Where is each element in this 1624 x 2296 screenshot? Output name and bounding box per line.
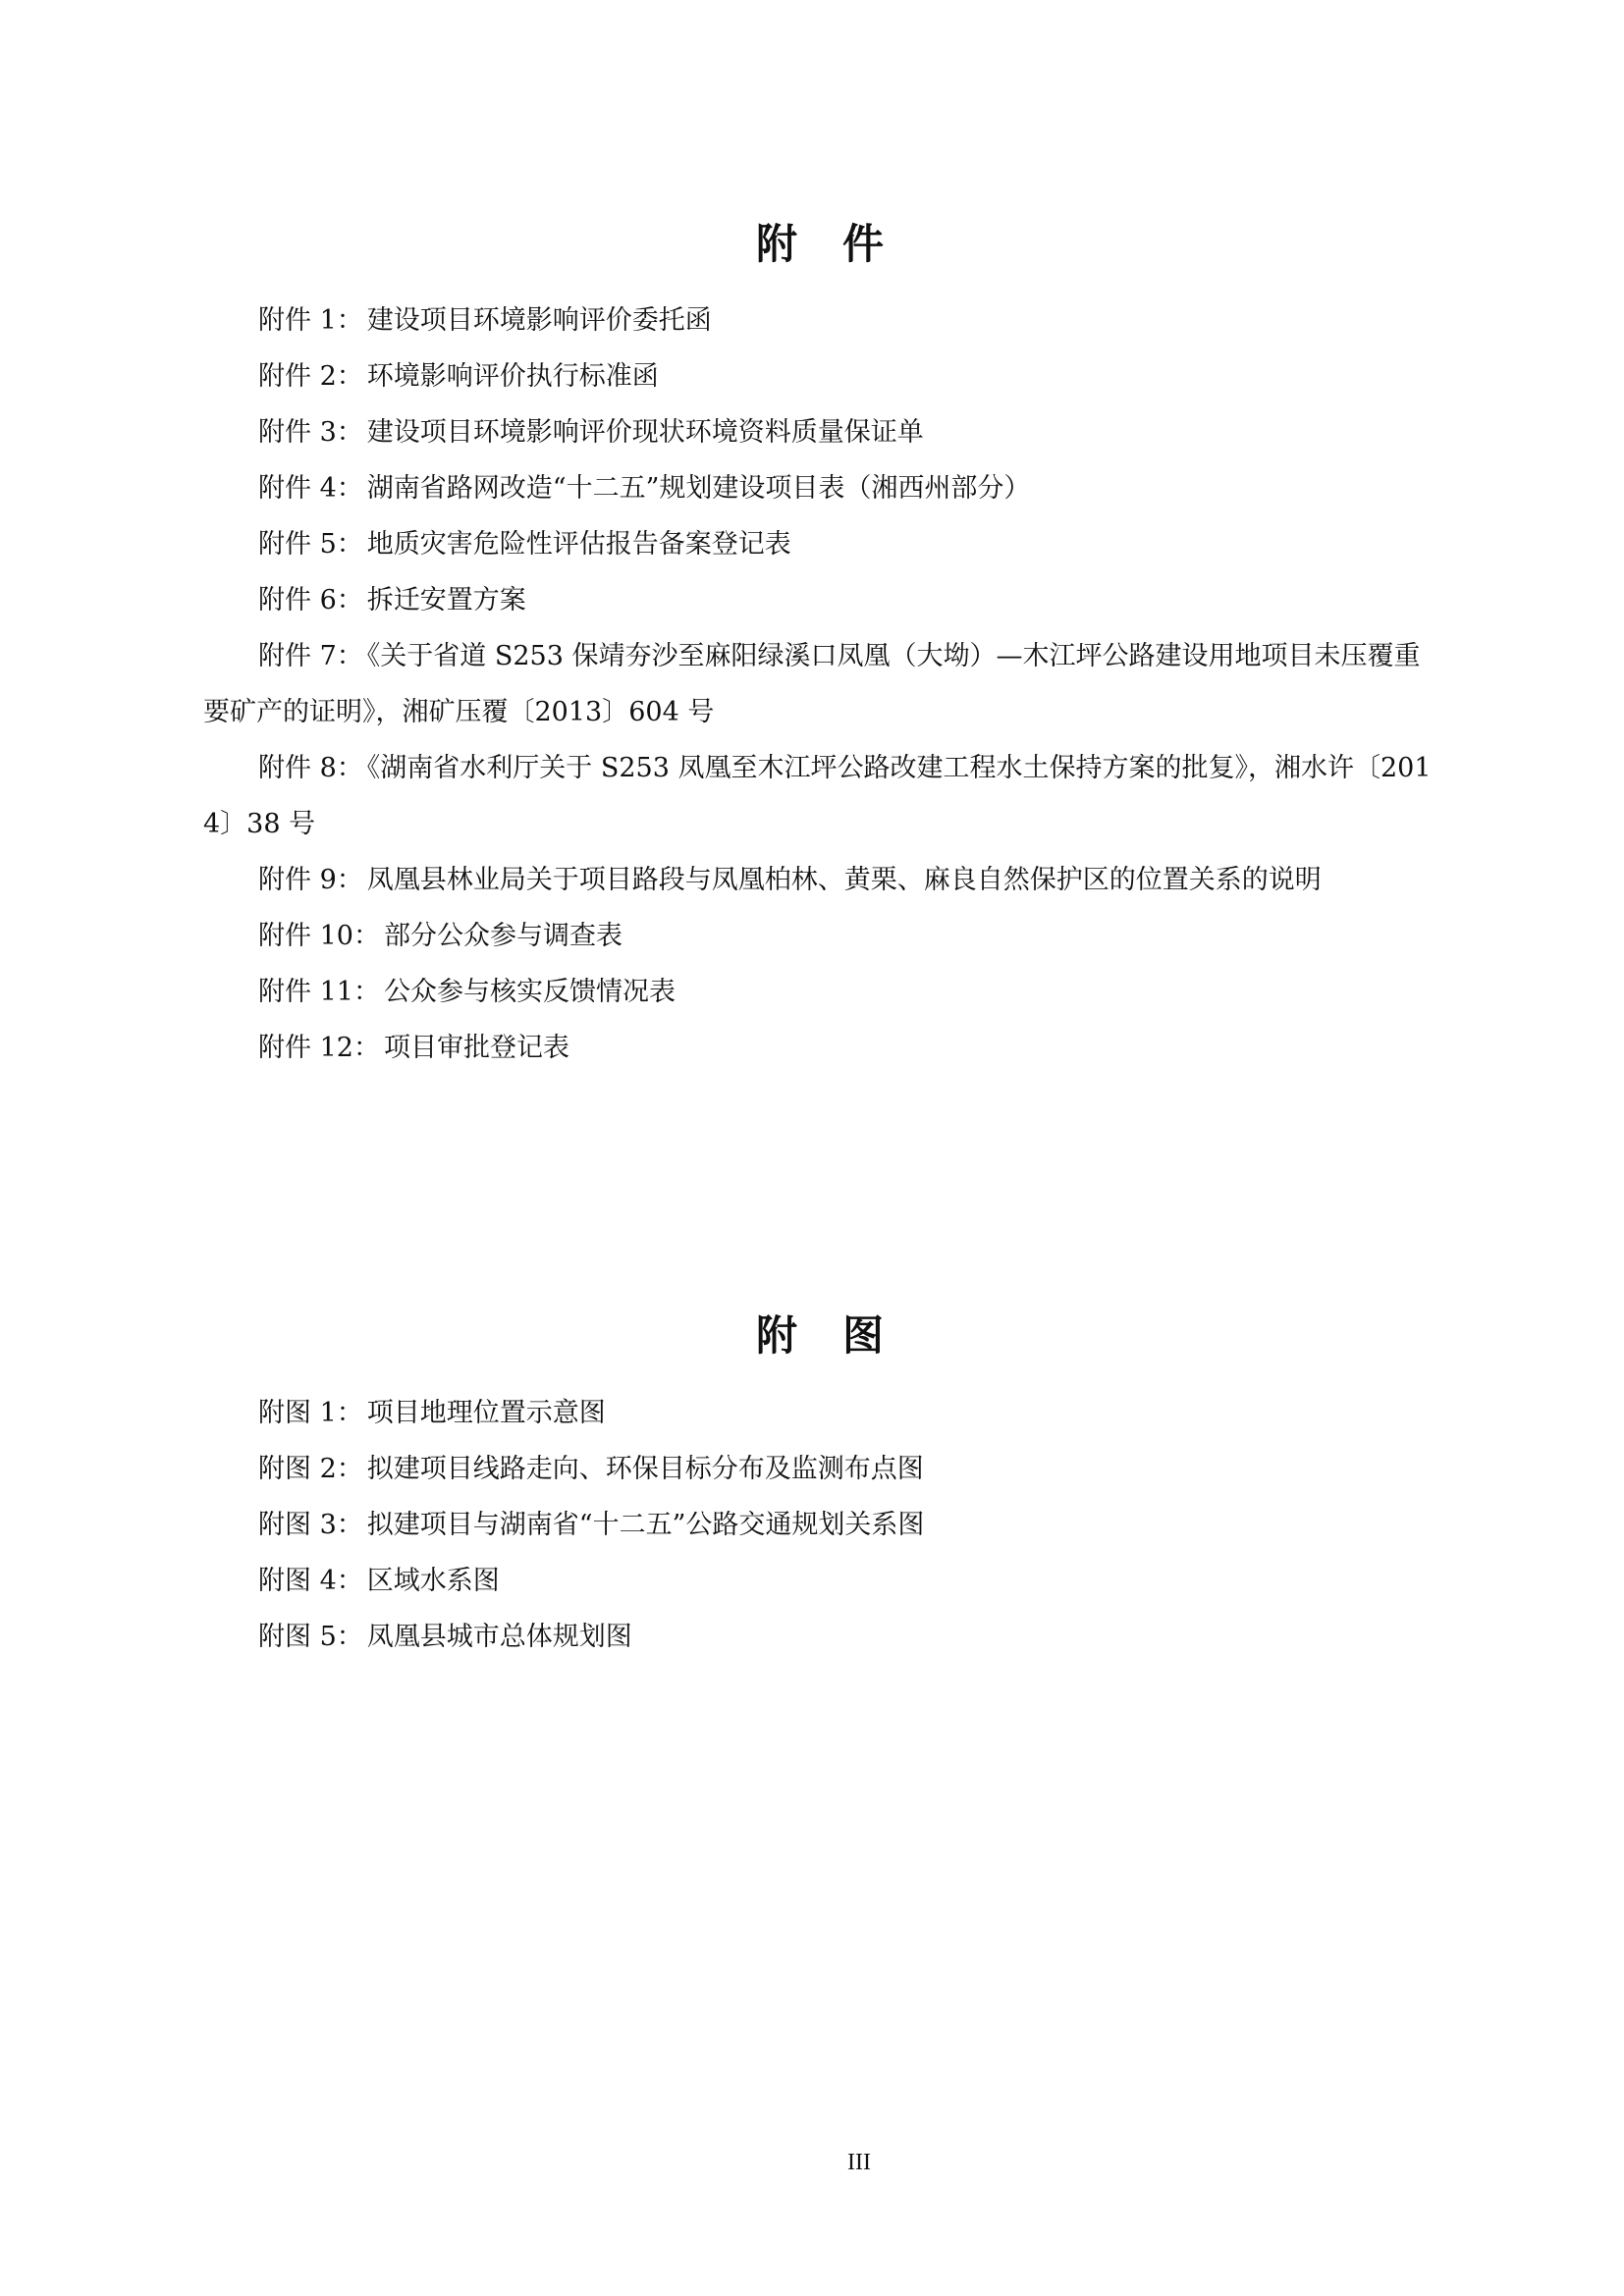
attachment-text: 拆迁安置方案 <box>367 585 526 615</box>
attachment-text: 凤凰县林业局关于项目路段与凤凰柏林、黄栗、麻良自然保护区的位置关系的说明 <box>367 865 1322 895</box>
figure-item-1: 附图 1：项目地理位置示意图 <box>203 1385 1440 1441</box>
attachment-text: 建设项目环境影响评价委托函 <box>367 305 712 336</box>
attachment-label: 附件 5： <box>258 529 363 560</box>
attachment-text: 地质灾害危险性评估报告备案登记表 <box>367 529 791 560</box>
attachment-label: 附件 9： <box>258 865 363 895</box>
figure-label: 附图 2： <box>258 1454 363 1484</box>
figure-label: 附图 4： <box>258 1566 363 1596</box>
attachment-item-6: 附件 6：拆迁安置方案 <box>203 572 1440 628</box>
attachment-label: 附件 4： <box>258 473 363 504</box>
attachment-text: 《湖南省水利厅关于 S253 凤凰至木江坪公路改建工程水土保持方案的批复》，湘水… <box>203 753 1432 839</box>
attachment-item-2: 附件 2：环境影响评价执行标准函 <box>203 348 1440 404</box>
attachment-text: 部分公众参与调查表 <box>384 921 623 951</box>
attachment-item-3: 附件 3：建设项目环境影响评价现状环境资料质量保证单 <box>203 404 1440 460</box>
figure-text: 拟建项目线路走向、环保目标分布及监测布点图 <box>367 1454 924 1484</box>
attachment-label: 附件 2： <box>258 361 363 392</box>
figures-list: 附图 1：项目地理位置示意图 附图 2：拟建项目线路走向、环保目标分布及监测布点… <box>203 1385 1440 1665</box>
attachment-item-1: 附件 1：建设项目环境影响评价委托函 <box>203 293 1440 348</box>
attachment-text: 《关于省道 S253 保靖夯沙至麻阳绿溪口凤凰（大坳）—木江坪公路建设用地项目未… <box>203 641 1420 727</box>
figures-heading-char-2: 图 <box>842 1311 884 1360</box>
figure-item-5: 附图 5：凤凰县城市总体规划图 <box>203 1609 1440 1665</box>
document-page: 附件 附件 1：建设项目环境影响评价委托函 附件 2：环境影响评价执行标准函 附… <box>0 0 1624 2296</box>
figure-item-2: 附图 2：拟建项目线路走向、环保目标分布及监测布点图 <box>203 1441 1440 1497</box>
attachment-item-10: 附件 10：部分公众参与调查表 <box>203 908 1440 964</box>
attachment-label: 附件 12： <box>258 1033 380 1063</box>
figure-text: 凤凰县城市总体规划图 <box>367 1622 632 1652</box>
attachments-heading-char-2: 件 <box>842 220 884 268</box>
figure-item-3: 附图 3：拟建项目与湖南省“十二五”公路交通规划关系图 <box>203 1497 1440 1553</box>
attachment-item-5: 附件 5：地质灾害危险性评估报告备案登记表 <box>203 516 1440 572</box>
figure-text: 区域水系图 <box>367 1566 500 1596</box>
attachment-text: 湖南省路网改造“十二五”规划建设项目表（湘西州部分） <box>367 473 1031 504</box>
attachment-item-12: 附件 12：项目审批登记表 <box>203 1020 1440 1076</box>
attachments-heading: 附件 <box>8 220 1624 269</box>
attachment-label: 附件 6： <box>258 585 363 615</box>
attachment-item-7: 附件 7：《关于省道 S253 保靖夯沙至麻阳绿溪口凤凰（大坳）—木江坪公路建设… <box>203 628 1440 740</box>
attachments-list: 附件 1：建设项目环境影响评价委托函 附件 2：环境影响评价执行标准函 附件 3… <box>203 293 1440 1076</box>
attachment-label: 附件 3： <box>258 417 363 448</box>
page-number: III <box>47 2148 1624 2177</box>
figure-text: 项目地理位置示意图 <box>367 1398 606 1428</box>
figure-text: 拟建项目与湖南省“十二五”公路交通规划关系图 <box>367 1510 925 1540</box>
attachment-item-4: 附件 4：湖南省路网改造“十二五”规划建设项目表（湘西州部分） <box>203 460 1440 516</box>
figure-label: 附图 1： <box>258 1398 363 1428</box>
attachment-item-8: 附件 8：《湖南省水利厅关于 S253 凤凰至木江坪公路改建工程水土保持方案的批… <box>203 740 1440 852</box>
attachment-label: 附件 10： <box>258 921 380 951</box>
figures-heading: 附图 <box>8 1311 1624 1361</box>
attachment-label: 附件 8： <box>258 753 363 783</box>
attachment-item-11: 附件 11：公众参与核实反馈情况表 <box>203 964 1440 1020</box>
figures-heading-char-1: 附 <box>756 1311 797 1360</box>
figure-label: 附图 3： <box>258 1510 363 1540</box>
attachment-text: 建设项目环境影响评价现状环境资料质量保证单 <box>367 417 924 448</box>
attachment-text: 公众参与核实反馈情况表 <box>384 977 676 1007</box>
figure-item-4: 附图 4：区域水系图 <box>203 1553 1440 1609</box>
attachment-label: 附件 7： <box>258 641 363 671</box>
attachment-label: 附件 1： <box>258 305 363 336</box>
attachment-text: 项目审批登记表 <box>384 1033 569 1063</box>
attachment-label: 附件 11： <box>258 977 380 1007</box>
attachment-text: 环境影响评价执行标准函 <box>367 361 659 392</box>
figure-label: 附图 5： <box>258 1622 363 1652</box>
attachments-heading-char-1: 附 <box>756 220 797 268</box>
attachment-item-9: 附件 9：凤凰县林业局关于项目路段与凤凰柏林、黄栗、麻良自然保护区的位置关系的说… <box>203 852 1440 908</box>
